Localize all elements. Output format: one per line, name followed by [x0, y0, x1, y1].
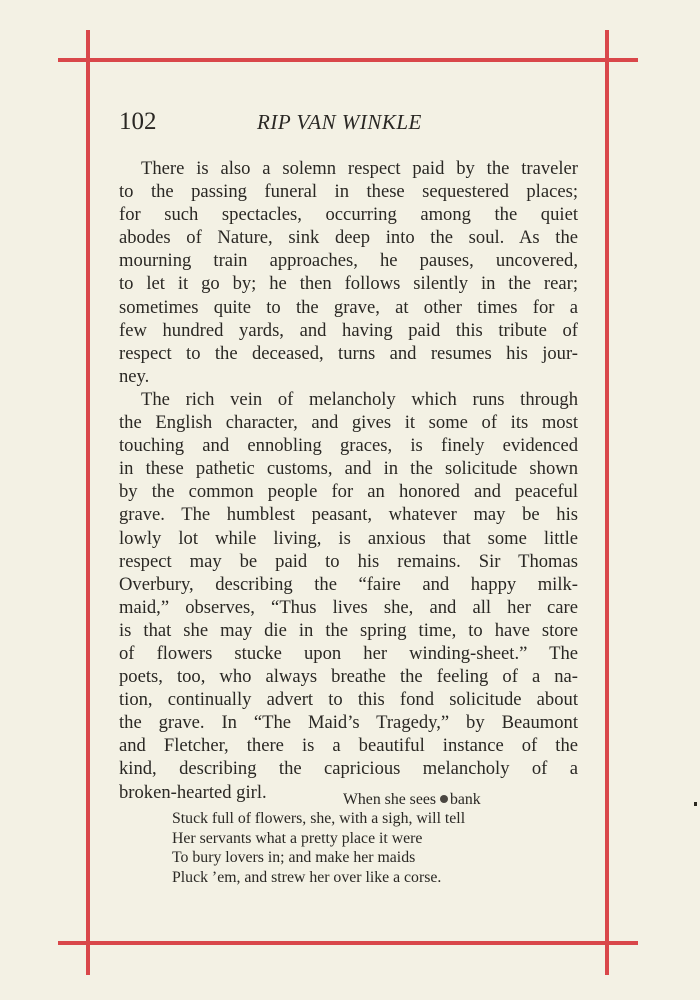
text-line: Overbury, describing the “faire and happ… [119, 573, 578, 596]
text-line: kind, describing the capricious melancho… [119, 757, 578, 780]
page-header: 102 RIP VAN WINKLE [119, 108, 579, 138]
verse-text: bank [450, 791, 481, 808]
text-line: respect to the deceased, turns and resum… [119, 342, 578, 365]
border-rule-top [58, 58, 638, 62]
text-line: respect may be paid to his remains. Sir … [119, 550, 578, 573]
text-line: of flowers stucke upon her winding-sheet… [119, 642, 578, 665]
text-line: tion, continually advert to this fond so… [119, 688, 578, 711]
text-line: by the common people for an honored and … [119, 480, 578, 503]
text-line: abodes of Nature, sink deep into the sou… [119, 226, 578, 249]
verse-line: To bury lovers in; and make her maids [172, 848, 532, 867]
text-line: is that she may die in the spring time, … [119, 619, 578, 642]
text-line: mourning train approaches, he pauses, un… [119, 249, 578, 272]
text-line: lowly lot while living, is anxious that … [119, 527, 578, 550]
text-line: grave. The humblest peasant, whatever ma… [119, 503, 578, 526]
verse-line: Stuck full of flowers, she, with a sigh,… [172, 809, 532, 828]
text-line: few hundred yards, and having paid this … [119, 319, 578, 342]
text-line: to the passing funeral in these sequeste… [119, 180, 578, 203]
verse-quotation: When she sees bank Stuck full of flowers… [172, 790, 532, 887]
text-line: The rich vein of melancholy which runs t… [119, 388, 578, 411]
ink-blot-mark [440, 795, 448, 803]
text-line: There is also a solemn respect paid by t… [119, 157, 578, 180]
verse-line: Her servants what a pretty place it were [172, 829, 532, 848]
text-line: in these pathetic customs, and in the so… [119, 457, 578, 480]
border-rule-bottom [58, 941, 638, 945]
border-rule-right [605, 30, 609, 975]
text-line: the grave. In “The Maid’s Tragedy,” by B… [119, 711, 578, 734]
text-line: the English character, and gives it some… [119, 411, 578, 434]
verse-line: Pluck ’em, and strew her over like a cor… [172, 868, 532, 887]
text-line: sometimes quite to the grave, at other t… [119, 296, 578, 319]
body-text: There is also a solemn respect paid by t… [119, 157, 578, 804]
paper-speck [694, 802, 697, 806]
text-line: to let it go by; he then follows silentl… [119, 272, 578, 295]
paragraph-2: The rich vein of melancholy which runs t… [119, 388, 578, 804]
running-head: RIP VAN WINKLE [257, 110, 422, 135]
paragraph-1: There is also a solemn respect paid by t… [119, 157, 578, 388]
page-number: 102 [119, 108, 157, 136]
verse-text: When she sees [343, 791, 436, 808]
text-line: maid,” observes, “Thus lives she, and al… [119, 596, 578, 619]
verse-line: When she sees bank [172, 790, 532, 809]
text-line: and Fletcher, there is a beautiful insta… [119, 734, 578, 757]
text-line: for such spectacles, occurring among the… [119, 203, 578, 226]
text-line: ney. [119, 365, 578, 388]
text-line: poets, too, who always breathe the feeli… [119, 665, 578, 688]
border-rule-left [86, 30, 90, 975]
text-line: touching and ennobling graces, is finely… [119, 434, 578, 457]
